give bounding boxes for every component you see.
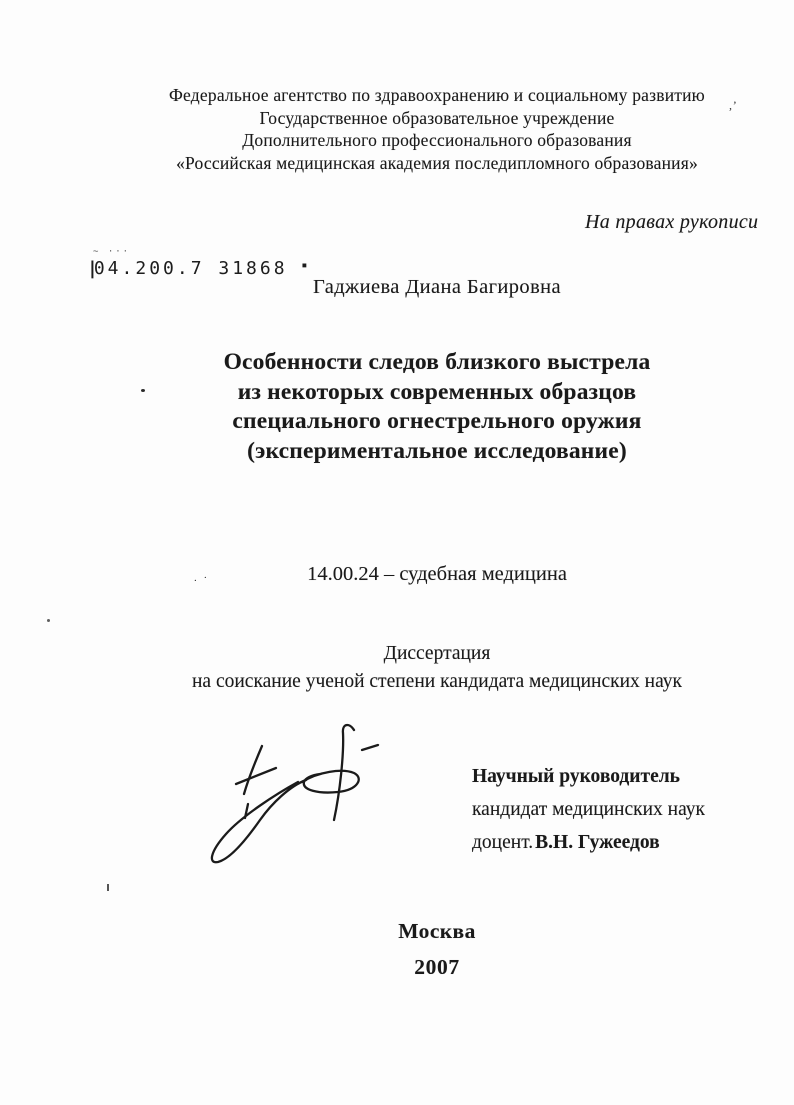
institution-line: Государственное образовательное учрежден… xyxy=(80,107,794,130)
author-name: Гаджиева Диана Багировна xyxy=(80,276,794,299)
degree-statement-line: Диссертация xyxy=(80,640,794,668)
institution-line: Дополнительного профессионального образо… xyxy=(80,129,794,152)
institution-header: Федеральное агентство по здравоохранению… xyxy=(80,84,794,174)
manuscript-rights-note: На правах рукописи xyxy=(585,211,758,234)
title-line: из некоторых современных образцов xyxy=(80,378,794,408)
scan-speck xyxy=(141,389,145,392)
title-line: (экспериментальное исследование) xyxy=(80,437,794,467)
institution-line: Федеральное агентство по здравоохранению… xyxy=(80,84,794,107)
title-line: специального огнестрельного оружия xyxy=(80,407,794,437)
specialty-line: 14.00.24 – судебная медицина xyxy=(80,563,794,586)
degree-statement: Диссертация на соискание ученой степени … xyxy=(80,640,794,696)
scanned-title-page: Федеральное агентство по здравоохранению… xyxy=(0,0,794,1105)
footer-year: 2007 xyxy=(80,955,794,980)
stamp-suffix-mark: ▪ xyxy=(301,260,307,271)
supervisor-name-line: доцент.В.Н. Гужеедов xyxy=(472,826,705,859)
supervisor-heading: Научный руководитель xyxy=(472,760,705,793)
degree-statement-line: на соискание ученой степени кандидата ме… xyxy=(80,668,794,696)
handwritten-signature xyxy=(202,720,397,868)
scan-artifact-mark: ,’ xyxy=(729,98,736,113)
footer-city: Москва xyxy=(80,919,794,944)
institution-line: «Российская медицинская академия последи… xyxy=(80,152,794,175)
supervisor-block: Научный руководитель кандидат медицински… xyxy=(472,760,705,859)
title-line: Особенности следов близкого выстрела xyxy=(80,348,794,378)
dissertation-title: Особенности следов близкого выстрела из … xyxy=(80,348,794,466)
supervisor-name: В.Н. Гужеедов xyxy=(535,832,660,853)
supervisor-degree: кандидат медицинских наук xyxy=(472,793,705,826)
supervisor-position: доцент. xyxy=(472,832,533,853)
scan-speck xyxy=(107,884,109,891)
scan-speck xyxy=(47,619,50,622)
stamp-overline-mark: ~ ··· xyxy=(93,247,130,257)
